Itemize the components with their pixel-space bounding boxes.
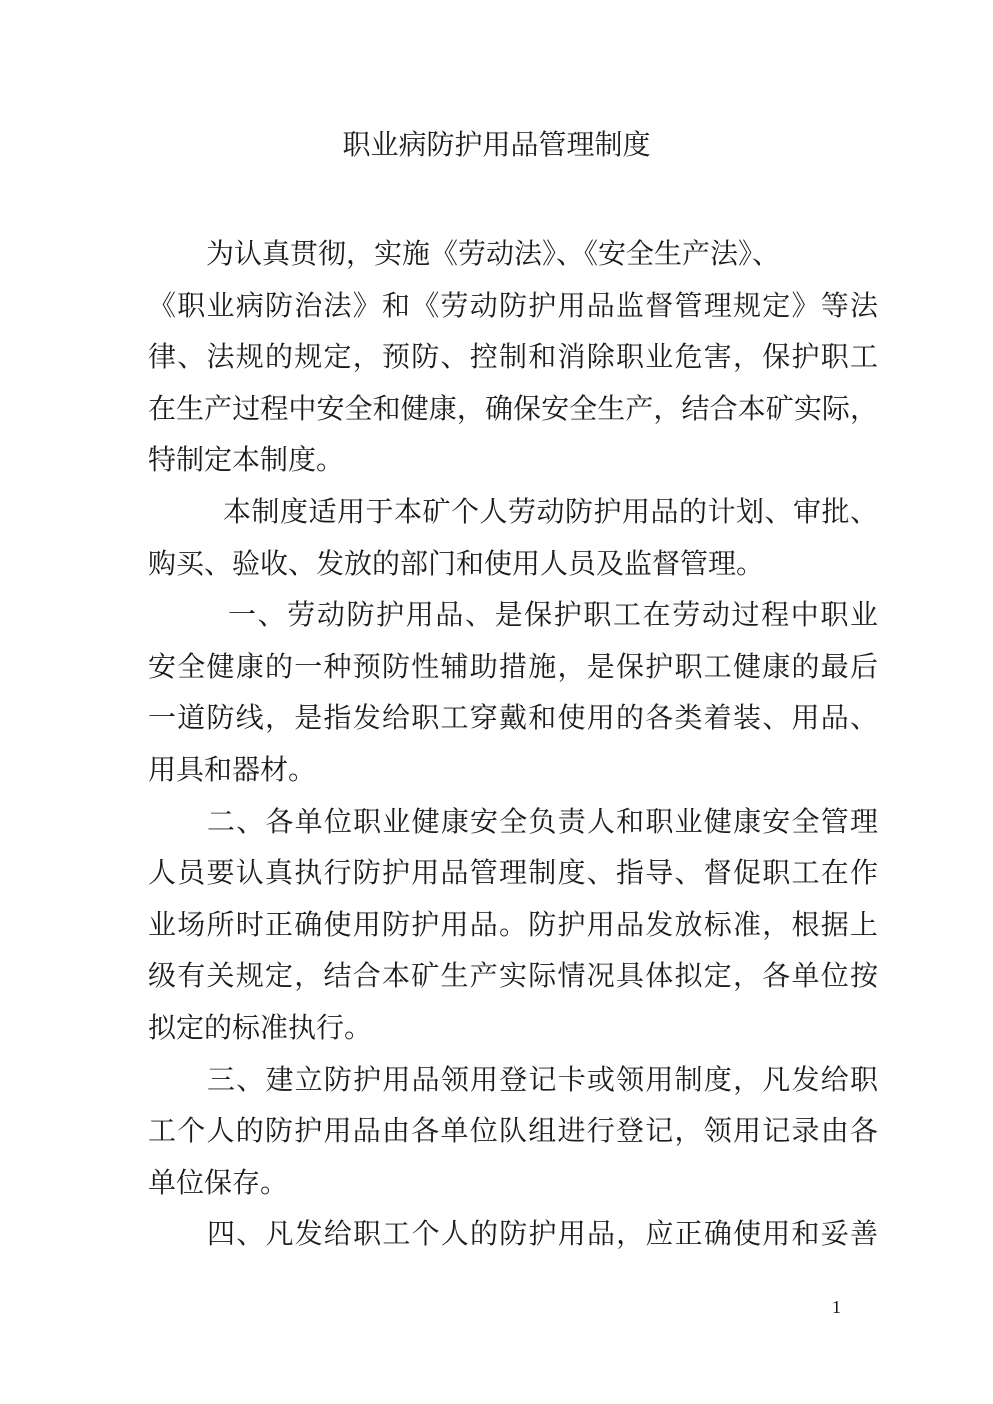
paragraph: 四、凡发给职工个人的防护用品，应正确使用和妥善	[148, 1209, 878, 1261]
text-line: 工个人的防护用品由各单位队组进行登记，领用记录由各	[148, 1106, 878, 1158]
paragraph: 本制度适用于本矿个人劳动防护用品的计划、审批、购买、验收、发放的部门和使用人员及…	[148, 487, 878, 590]
text-line: 四、凡发给职工个人的防护用品，应正确使用和妥善	[148, 1209, 878, 1261]
text-line: 本制度适用于本矿个人劳动防护用品的计划、审批、	[148, 487, 878, 539]
text-line: 业场所时正确使用防护用品。防护用品发放标准，根据上	[148, 900, 878, 952]
text-line: 为认真贯彻，实施《劳动法》、《安全生产法》、	[148, 229, 878, 281]
paragraph: 三、建立防护用品领用登记卡或领用制度，凡发给职工个人的防护用品由各单位队组进行登…	[148, 1055, 878, 1210]
text-line: 单位保存。	[148, 1158, 878, 1210]
text-line: 律、法规的规定，预防、控制和消除职业危害，保护职工	[148, 332, 878, 384]
text-line: 特制定本制度。	[148, 435, 878, 487]
document-body: 为认真贯彻，实施《劳动法》、《安全生产法》、《职业病防治法》和《劳动防护用品监督…	[148, 229, 878, 1261]
text-line: 购买、验收、发放的部门和使用人员及监督管理。	[148, 539, 878, 591]
text-line: 安全健康的一种预防性辅助措施，是保护职工健康的最后	[148, 642, 878, 694]
document-page: 职业病防护用品管理制度 为认真贯彻，实施《劳动法》、《安全生产法》、《职业病防治…	[0, 0, 993, 1404]
paragraph: 一、劳动防护用品、是保护职工在劳动过程中职业安全健康的一种预防性辅助措施，是保护…	[148, 590, 878, 796]
paragraph: 二、各单位职业健康安全负责人和职业健康安全管理人员要认真执行防护用品管理制度、指…	[148, 797, 878, 1055]
text-line: 三、建立防护用品领用登记卡或领用制度，凡发给职	[148, 1055, 878, 1107]
text-line: 拟定的标准执行。	[148, 1003, 878, 1055]
text-line: 《职业病防治法》和《劳动防护用品监督管理规定》等法	[148, 281, 878, 333]
text-line: 一、劳动防护用品、是保护职工在劳动过程中职业	[148, 590, 878, 642]
text-line: 人员要认真执行防护用品管理制度、指导、督促职工在作	[148, 848, 878, 900]
text-line: 二、各单位职业健康安全负责人和职业健康安全管理	[148, 797, 878, 849]
paragraph: 为认真贯彻，实施《劳动法》、《安全生产法》、《职业病防治法》和《劳动防护用品监督…	[148, 229, 878, 487]
text-line: 一道防线，是指发给职工穿戴和使用的各类着装、用品、	[148, 693, 878, 745]
document-title: 职业病防护用品管理制度	[0, 0, 993, 162]
page-number: 1	[832, 1296, 841, 1318]
text-line: 在生产过程中安全和健康，确保安全生产，结合本矿实际，	[148, 384, 878, 436]
text-line: 用具和器材。	[148, 745, 878, 797]
text-line: 级有关规定，结合本矿生产实际情况具体拟定，各单位按	[148, 951, 878, 1003]
